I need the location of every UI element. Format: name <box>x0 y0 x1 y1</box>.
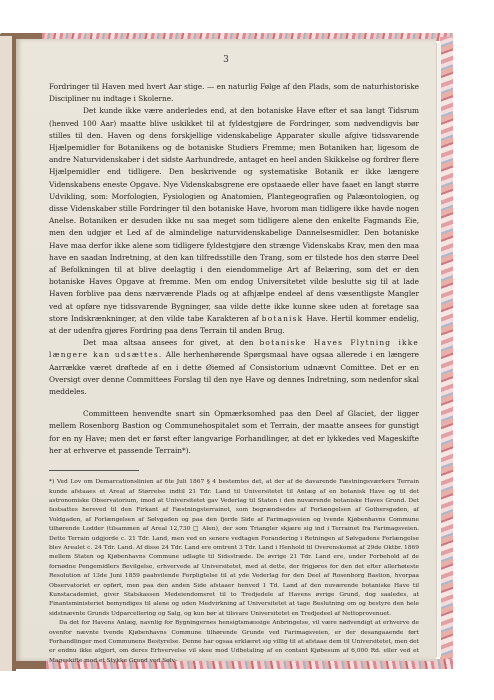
book: 3 Fordringer til Haven med hvert Aar sti… <box>0 33 453 673</box>
page-number: 3 <box>16 55 436 65</box>
book-spine <box>0 36 16 671</box>
paragraph-1: Det kunde ikke være anderledes end, at d… <box>49 105 419 337</box>
footnote-text: Ved Lov om Demarcationslinien af 6te Jul… <box>49 479 419 617</box>
paragraph-text: Det kunde ikke være anderledes end, at d… <box>49 106 419 322</box>
page-edge <box>436 43 441 657</box>
footnote-2: Da det for Havens Anlæg, navnlig for Byg… <box>49 619 419 666</box>
footnote-marker: *) <box>49 479 54 485</box>
paragraph-text: Det maa altsaa ansees for givet, at den <box>83 338 253 347</box>
footnote-text: Da det for Havens Anlæg, navnlig for Byg… <box>49 620 419 664</box>
paragraph-text: Committeen henvendte snart sin Opmærksom… <box>49 409 419 455</box>
footnote-1: *) Ved Lov om Demarcationslinien af 6te … <box>49 478 419 619</box>
page-text: Fordringer til Haven med hvert Aar stige… <box>49 81 419 666</box>
paragraph-text: Fordringer til Haven med hvert Aar stige… <box>49 82 419 103</box>
paragraph-0: Fordringer til Haven med hvert Aar stige… <box>49 81 419 105</box>
paragraph-2: Det maa altsaa ansees for givet, at den … <box>49 337 419 398</box>
footnote-divider <box>49 470 139 471</box>
book-page: 3 Fordringer til Haven med hvert Aar sti… <box>16 39 436 661</box>
section-gap <box>49 398 419 408</box>
marbled-edge-right <box>440 37 453 659</box>
paragraph-3: Committeen henvendte snart sin Opmærksom… <box>49 408 419 457</box>
emphasized-text: botanisk <box>262 314 304 323</box>
